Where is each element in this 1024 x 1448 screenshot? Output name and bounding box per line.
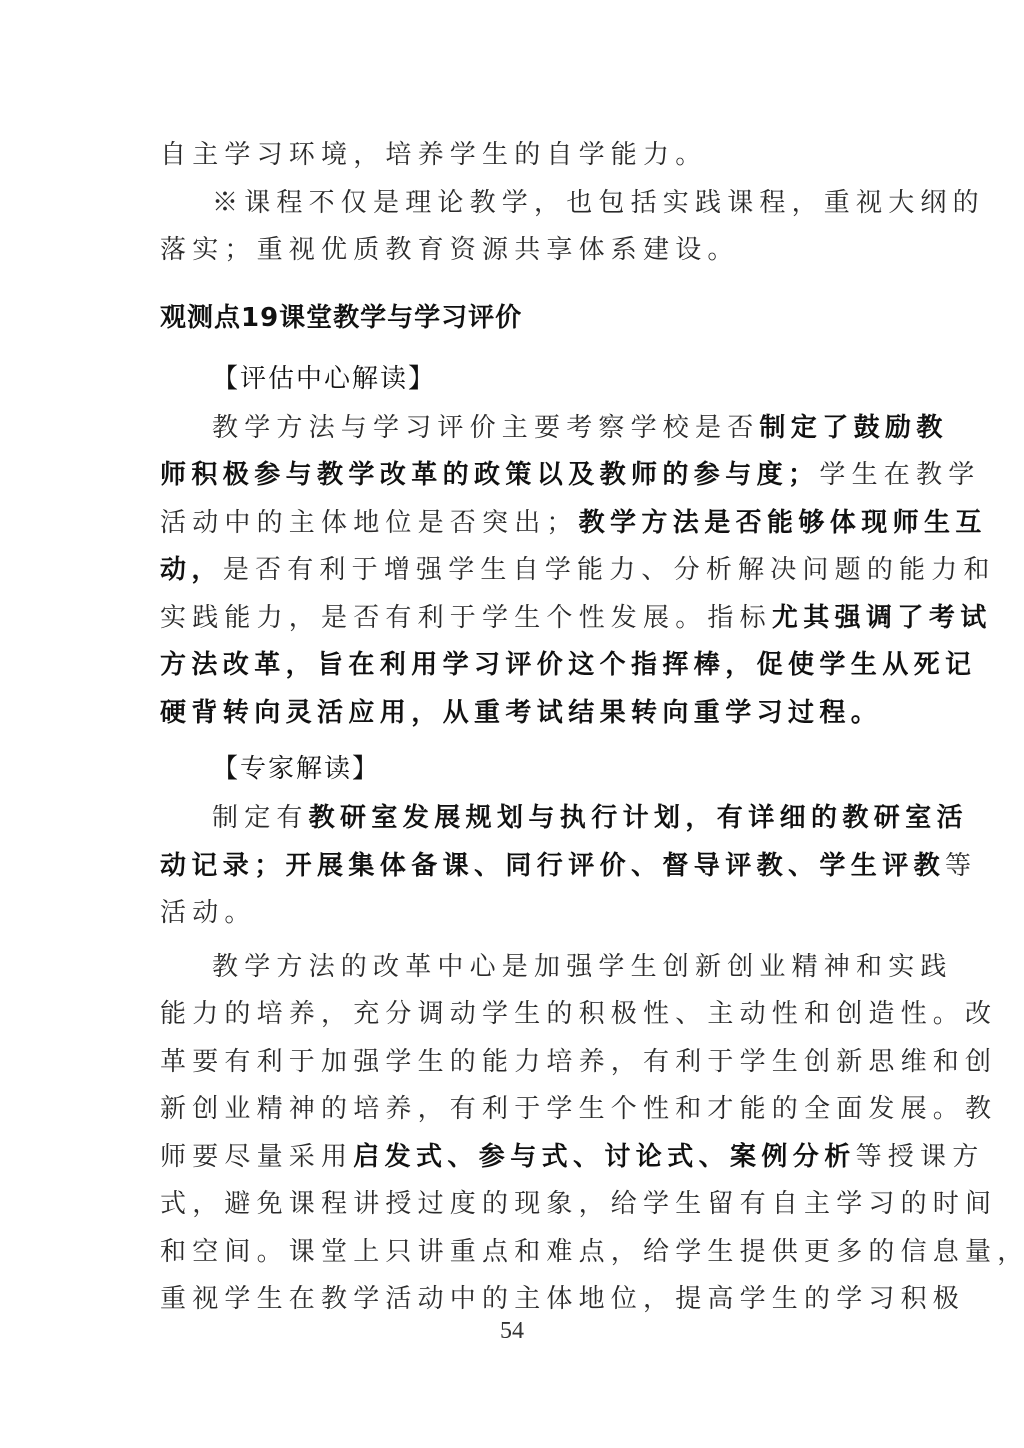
paragraph-line: 活动。 (160, 890, 870, 938)
text: 师要尽量采用 (160, 1142, 353, 1172)
paragraph-line: 能力的培养，充分调动学生的积极性、主动性和创造性。改 (160, 991, 870, 1039)
text: 等授课方 (856, 1142, 985, 1172)
paragraph-line: 活动中的主体地位是否突出；教学方法是否能够体现师生互 (160, 500, 870, 548)
text: 等 (945, 851, 977, 881)
expert-paragraph-1: 制定有教研室发展规划与执行计划，有详细的教研室活动记录；开展集体备课、同行评价、… (160, 795, 870, 938)
text: 能力的培养，充分调动学生的积极性、主动性和创造性。改 (160, 999, 997, 1029)
bold-text: 硬背转向灵活应用，从重考试结果转向重学习过程。 (160, 698, 882, 728)
paragraph-line: 新创业精神的培养，有利于学生个性和才能的全面发展。教 (160, 1086, 870, 1134)
paragraph-line: 重视学生在教学活动中的主体地位，提高学生的学习积极 (160, 1276, 870, 1324)
text: 和空间。课堂上只讲重点和难点，给学生提供更多的信息量， (160, 1237, 1024, 1267)
document-page: 自主学习环境，培养学生的自学能力。 ※课程不仅是理论教学，也包括实践课程，重视大… (160, 132, 870, 1324)
bold-text: 教研室发展规划与执行计划，有详细的教研室活 (309, 803, 968, 833)
paragraph-line: 方法改革，旨在利用学习评价这个指挥棒，促使学生从死记 (160, 642, 870, 690)
bold-text: 教学方法是否能够体现师生互 (579, 508, 987, 538)
paragraph-line: 和空间。课堂上只讲重点和难点，给学生提供更多的信息量， (160, 1229, 870, 1277)
center-reading-paragraph: 教学方法与学习评价主要考察学校是否制定了鼓励教师积极参与教学改革的政策以及教师的… (160, 405, 870, 738)
expert-reading-label: 【专家解读】 (160, 743, 870, 795)
text: 制定有 (212, 803, 309, 833)
bold-text: 制定了鼓励教 (759, 413, 947, 443)
paragraph-line: 师要尽量采用启发式、参与式、讨论式、案例分析等授课方 (160, 1134, 870, 1182)
text: 教学方法的改革中心是加强学生创新创业精神和实践 (212, 952, 953, 982)
center-reading-label: 【评估中心解读】 (160, 353, 870, 405)
bold-text: 动， (160, 555, 223, 585)
paragraph-line: 式，避免课程讲授过度的现象，给学生留有自主学习的时间 (160, 1181, 870, 1229)
text: 活动。 (160, 898, 257, 928)
paragraph-line: 实践能力，是否有利于学生个性发展。指标尤其强调了考试 (160, 595, 870, 643)
text: 新创业精神的培养，有利于学生个性和才能的全面发展。教 (160, 1094, 997, 1124)
paragraph-line: 教学方法的改革中心是加强学生创新创业精神和实践 (160, 944, 870, 992)
paragraph-line: 动，是否有利于增强学生自学能力、分析解决问题的能力和 (160, 547, 870, 595)
bold-text: 动记录；开展集体备课、同行评价、督导评教、学生评教 (160, 851, 945, 881)
text: 实践能力，是否有利于学生个性发展。指标 (160, 603, 772, 633)
text: 式，避免课程讲授过度的现象，给学生留有自主学习的时间 (160, 1189, 997, 1219)
paragraph-line: 硬背转向灵活应用，从重考试结果转向重学习过程。 (160, 690, 870, 738)
note-line: 落实；重视优质教育资源共享体系建设。 (160, 227, 870, 275)
paragraph-line: 革要有利于加强学生的能力培养，有利于学生创新思维和创 (160, 1039, 870, 1087)
paragraph-line: 自主学习环境，培养学生的自学能力。 (160, 132, 870, 180)
paragraph-line: 动记录；开展集体备课、同行评价、督导评教、学生评教等 (160, 843, 870, 891)
bold-text: 师积极参与教学改革的政策以及教师的参与度； (160, 460, 819, 490)
text: 活动中的主体地位是否突出； (160, 508, 579, 538)
bold-text: 尤其强调了考试 (772, 603, 992, 633)
text: 教学方法与学习评价主要考察学校是否 (212, 413, 759, 443)
text: 重视学生在教学活动中的主体地位，提高学生的学习积极 (160, 1284, 965, 1314)
paragraph-line: 师积极参与教学改革的政策以及教师的参与度；学生在教学 (160, 452, 870, 500)
expert-paragraph-2: 教学方法的改革中心是加强学生创新创业精神和实践能力的培养，充分调动学生的积极性、… (160, 944, 870, 1324)
page-number: 54 (0, 1318, 1024, 1345)
note-line: ※课程不仅是理论教学，也包括实践课程，重视大纲的 (160, 180, 870, 228)
section-title: 观测点19课堂教学与学习评价 (160, 289, 870, 347)
bold-text: 方法改革，旨在利用学习评价这个指挥棒，促使学生从死记 (160, 650, 976, 680)
paragraph-line: 制定有教研室发展规划与执行计划，有详细的教研室活 (160, 795, 870, 843)
text: 学生在教学 (819, 460, 980, 490)
text: 是否有利于增强学生自学能力、分析解决问题的能力和 (223, 555, 996, 585)
bold-text: 启发式、参与式、讨论式、案例分析 (353, 1142, 855, 1172)
paragraph-line: 教学方法与学习评价主要考察学校是否制定了鼓励教 (160, 405, 870, 453)
text: 革要有利于加强学生的能力培养，有利于学生创新思维和创 (160, 1047, 997, 1077)
